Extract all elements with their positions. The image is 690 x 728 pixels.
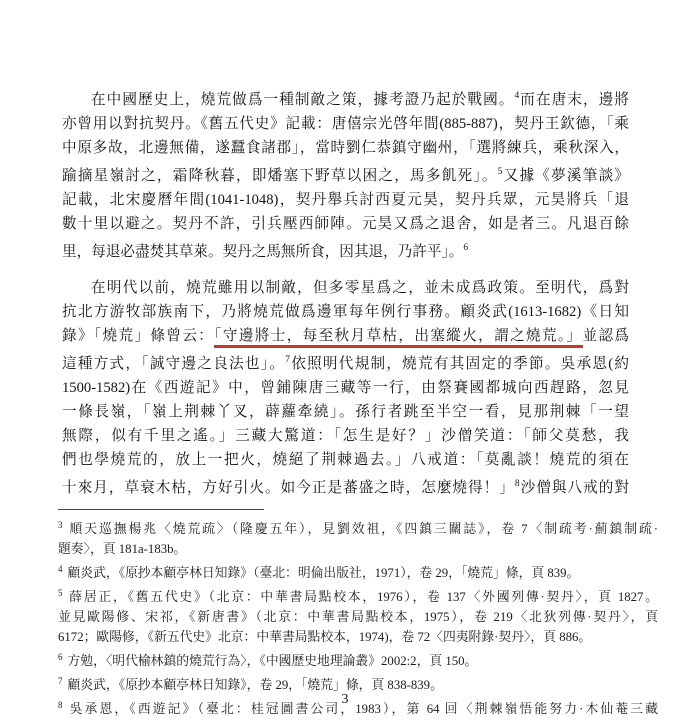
text-line: 這種方式，「誠守邊之良法也」。7依照明代規制，燒荒有其固定的季節。吳承恩(約: [62, 348, 629, 376]
text-line: 們也學燒荒的，放上一把火，燒絕了荆棘過去。」八戒道：「莫亂談！燒荒的須在: [62, 448, 629, 472]
footnote-line: 題奏〉，頁 181a-183b。: [58, 539, 658, 559]
paragraph: 在中國歷史上，燒荒做爲一種制敵之策，據考證乃起於戰國。4而在唐末，邊將亦曾用以對…: [62, 84, 629, 264]
footnote-text: 順天巡撫楊兆〈燒荒疏〉（隆慶五年），見劉效祖，《四鎮三關誌》，卷 7〈制疏考·薊…: [68, 522, 659, 536]
text-segment: 十來月，草衰木枯，方好引火。如今正是蕃盛之時，怎麼燒得！」: [62, 480, 515, 496]
text-line: 踰摘星嶺討之，霜降秋暮，即燔塞下野草以困之，馬多飢死」。5又據《夢溪筆談》: [62, 160, 629, 188]
text-segment: 無際，似有千里之遙。」三藏大驚道：「怎生是好？」沙僧笑道：「師父莫愁，我: [62, 428, 629, 444]
text-segment: 中原多故，北邊無備，遂蠶食諸郡」，當時劉仁恭鎮守幽州，「選將練兵，乘秋深入，: [62, 140, 629, 156]
text-segment: 踰摘星嶺討之，霜降秋暮，即燔塞下野草以困之，馬多飢死」。: [62, 168, 498, 184]
text-segment: 抗北方游牧部族南下，乃將燒荒做爲邊軍每年例行事務。顧炎武(1613-1682)《…: [62, 304, 629, 320]
footnote-separator: [58, 509, 264, 510]
text-line: 里，每退必盡焚其草萊。契丹之馬無所食，因其退，乃許平」。6: [62, 236, 629, 264]
footnote-number: 3: [58, 520, 63, 530]
footnote-text: 薛居正，《舊五代史》（北京：中華書局點校本，1976），卷 137〈外國列傳·契…: [68, 590, 659, 604]
text-segment: 並認爲: [583, 328, 630, 344]
text-segment: 而在唐末，邊將: [519, 92, 629, 108]
footnote-text: 6172；歐陽修，《新五代史》北京：中華書局點校本，1974)，卷 72〈四夷附…: [58, 630, 591, 644]
text-line: 無際，似有千里之遙。」三藏大驚道：「怎生是好？」沙僧笑道：「師父莫愁，我: [62, 424, 629, 448]
footnote-item: 4顧炎武，《原抄本顧亭林日知錄》（臺北：明倫出版社，1971），卷 29，「燒荒…: [58, 559, 658, 583]
footnote-line: 6172；歐陽修，《新五代史》北京：中華書局點校本，1974)，卷 72〈四夷附…: [58, 627, 658, 647]
footnote-text: 並見歐陽修、宋祁，《新唐書》（北京：中華書局點校本，1975），卷 219〈北狄…: [58, 610, 658, 624]
text-line: 在明代以前，燒荒雖用以制敵，但多零星爲之，並未成爲政策。至明代，爲對: [62, 276, 629, 300]
footnote-line: 4顧炎武，《原抄本顧亭林日知錄》（臺北：明倫出版社，1971），卷 29，「燒荒…: [58, 559, 658, 583]
body-text: 在中國歷史上，燒荒做爲一種制敵之策，據考證乃起於戰國。4而在唐末，邊將亦曾用以對…: [62, 84, 629, 500]
text-segment: 們也學燒荒的，放上一把火，燒絕了荆棘過去。」八戒道：「莫亂談！燒荒的須在: [62, 452, 629, 468]
text-segment: 依照明代規制，燒荒有其固定的季節。吳承恩(約: [290, 356, 629, 372]
text-segment: 這種方式，「誠守邊之良法也」。: [62, 356, 285, 372]
text-line: 抗北方游牧部族南下，乃將燒荒做爲邊軍每年例行事務。顧炎武(1613-1682)《…: [62, 300, 629, 324]
footnote-line: 6方勉，〈明代榆林鎮的燒荒行為〉，《中國歷史地理論叢》2002:2，頁 150。: [58, 647, 658, 671]
footnote-ref: 6: [463, 243, 468, 253]
footnote-number: 6: [58, 652, 63, 662]
footnote-item: 5薛居正，《舊五代史》（北京：中華書局點校本，1976），卷 137〈外國列傳·…: [58, 583, 658, 647]
footnotes: 3順天巡撫楊兆〈燒荒疏〉（隆慶五年），見劉效祖，《四鎮三關誌》，卷 7〈制疏考·…: [58, 515, 658, 719]
paragraph: 在明代以前，燒荒雖用以制敵，但多零星爲之，並未成爲政策。至明代，爲對抗北方游牧部…: [62, 276, 629, 500]
text-line: 錄》「燒荒」條曾云：「守邊將士，每至秋月草枯，出塞縱火，謂之燒荒。」並認爲: [62, 324, 629, 348]
text-segment: 在中國歷史上，燒荒做爲一種制敵之策，據考證乃起於戰國。: [91, 92, 514, 108]
text-segment: 亦曾用以對抗契丹。《舊五代史》記載：唐僖宗光啓年間(885-887)，契丹王欽德…: [62, 116, 629, 132]
text-line: 在中國歷史上，燒荒做爲一種制敵之策，據考證乃起於戰國。4而在唐末，邊將: [62, 84, 629, 112]
text-segment: 1500-1582)在《西遊記》中，曾鋪陳唐三藏等一行，由祭賽國都城向西趕路，忽…: [62, 380, 629, 396]
text-line: 亦曾用以對抗契丹。《舊五代史》記載：唐僖宗光啓年間(885-887)，契丹王欽德…: [62, 112, 629, 136]
text-segment: 數十里以避之。契丹不許，引兵壓西師陣。元昊又爲之退舍，如是者三。凡退百餘: [62, 216, 629, 232]
text-line: 中原多故，北邊無備，遂蠶食諸郡」，當時劉仁恭鎮守幽州，「選將練兵，乘秋深入，: [62, 136, 629, 160]
text-segment: 記載，北宋慶曆年間(1041-1048)，契丹舉兵討西夏元昊，契丹兵眾，元昊將兵…: [62, 192, 629, 208]
footnote-number: 4: [58, 564, 63, 574]
text-segment: 一條長嶺，「嶺上荆棘丫叉，薜蘿牽繞」。孫行者跳至半空一看，見那荆棘「一望: [62, 404, 629, 420]
text-line: 記載，北宋慶曆年間(1041-1048)，契丹舉兵討西夏元昊，契丹兵眾，元昊將兵…: [62, 188, 629, 212]
text-line: 1500-1582)在《西遊記》中，曾鋪陳唐三藏等一行，由祭賽國都城向西趕路，忽…: [62, 376, 629, 400]
document-page: 在中國歷史上，燒荒做爲一種制敵之策，據考證乃起於戰國。4而在唐末，邊將亦曾用以對…: [0, 0, 690, 728]
footnote-line: 5薛居正，《舊五代史》（北京：中華書局點校本，1976），卷 137〈外國列傳·…: [58, 583, 658, 607]
footnote-text: 方勉，〈明代榆林鎮的燒荒行為〉，《中國歷史地理論叢》2002:2，頁 150。: [68, 654, 478, 668]
footnote-number: 5: [58, 588, 63, 598]
footnote-number: 7: [58, 676, 63, 686]
text-segment: 錄》「燒荒」條曾云：: [62, 328, 214, 344]
text-segment: 沙僧與八戒的對: [520, 480, 629, 496]
footnote-text: 顧炎武，《原抄本顧亭林日知錄》，卷 29，「燒荒」條，頁 838-839。: [68, 678, 443, 692]
footnote-text: 題奏〉，頁 181a-183b。: [58, 542, 186, 556]
footnote-item: 6方勉，〈明代榆林鎮的燒荒行為〉，《中國歷史地理論叢》2002:2，頁 150。: [58, 647, 658, 671]
footnote-line: 3順天巡撫楊兆〈燒荒疏〉（隆慶五年），見劉效祖，《四鎮三關誌》，卷 7〈制疏考·…: [58, 515, 658, 539]
text-segment: 里，每退必盡焚其草萊。契丹之馬無所食，因其退，乃許平」。: [62, 244, 463, 260]
text-line: 十來月，草衰木枯，方好引火。如今正是蕃盛之時，怎麼燒得！」8沙僧與八戒的對: [62, 472, 629, 500]
footnote-text: 顧炎武，《原抄本顧亭林日知錄》（臺北：明倫出版社，1971），卷 29，「燒荒」…: [68, 566, 580, 580]
text-line: 一條長嶺，「嶺上荆棘丫叉，薜蘿牽繞」。孫行者跳至半空一看，見那荆棘「一望: [62, 400, 629, 424]
footnote-line: 並見歐陽修、宋祁，《新唐書》（北京：中華書局點校本，1975），卷 219〈北狄…: [58, 607, 658, 627]
text-line: 數十里以避之。契丹不許，引兵壓西師陣。元昊又爲之退舍，如是者三。凡退百餘: [62, 212, 629, 236]
footnote-item: 3順天巡撫楊兆〈燒荒疏〉（隆慶五年），見劉效祖，《四鎮三關誌》，卷 7〈制疏考·…: [58, 515, 658, 559]
text-segment: 又據《夢溪筆談》: [502, 168, 629, 184]
red-underline-annotation: 「守邊將士，每至秋月草枯，出塞縱火，謂之燒荒。」: [214, 328, 582, 348]
text-segment: 在明代以前，燒荒雖用以制敵，但多零星爲之，並未成爲政策。至明代，爲對: [91, 280, 629, 296]
page-number: 3: [0, 692, 690, 708]
